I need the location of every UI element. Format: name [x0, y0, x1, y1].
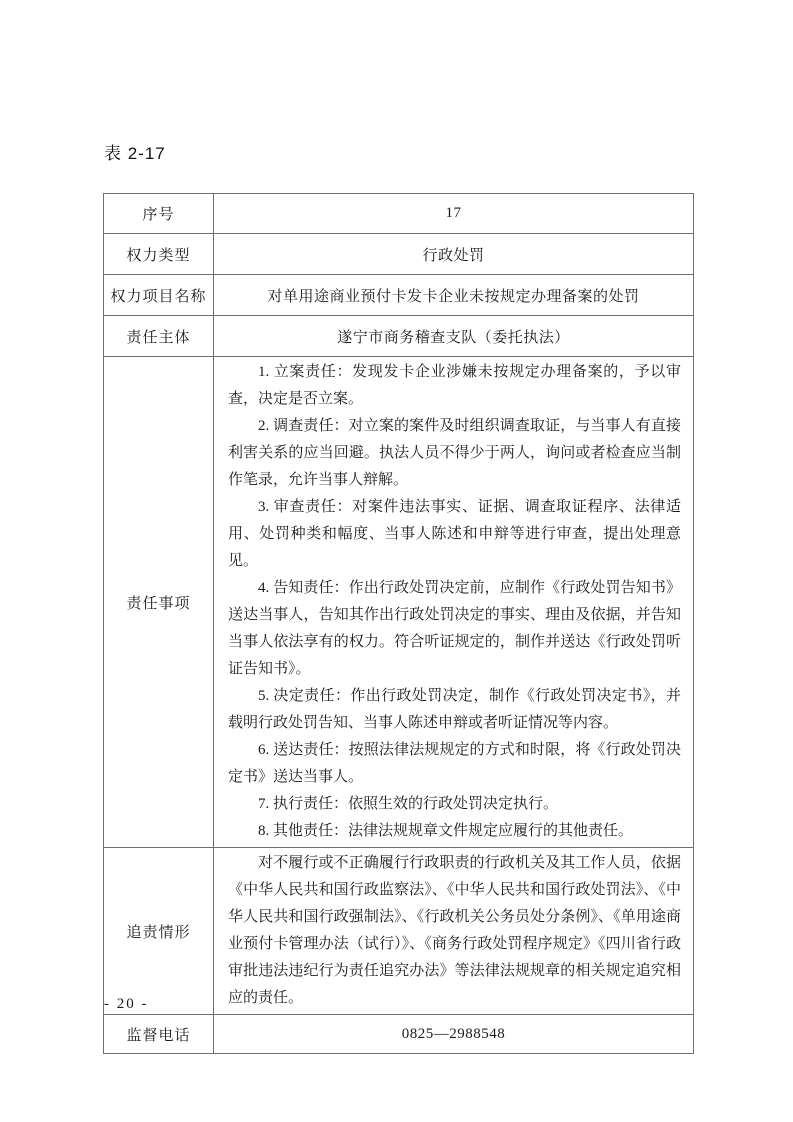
- table-row: 监督电话 0825—2988548: [104, 1015, 694, 1054]
- responsibility-item-2: 2. 调查责任：对立案的案件及时组织调查取证，与当事人有直接利害关系的应当回避。…: [228, 413, 681, 494]
- responsibility-item-6: 6. 送达责任：按照法律法规规定的方式和时限，将《行政处罚决定书》送达当事人。: [228, 737, 681, 791]
- table-row: 责任主体 遂宁市商务稽查支队（委托执法）: [104, 316, 694, 357]
- table-row: 追责情形 对不履行或不正确履行行政职责的行政机关及其工作人员，依据《中华人民共和…: [104, 848, 694, 1015]
- row-value-power-type: 行政处罚: [214, 234, 694, 275]
- responsibility-item-5: 5. 决定责任：作出行政处罚决定，制作《行政处罚决定书》，并载明行政处罚告知、当…: [228, 683, 681, 737]
- authority-item-table: 序号 17 权力类型 行政处罚 权力项目名称 对单用途商业预付卡发卡企业未按规定…: [103, 193, 694, 1054]
- responsibility-item-4: 4. 告知责任：作出行政处罚决定前，应制作《行政处罚告知书》送达当事人，告知其作…: [228, 575, 681, 683]
- responsibility-item-8: 8. 其他责任：法律法规规章文件规定应履行的其他责任。: [228, 818, 681, 845]
- row-value-responsibility-items: 1. 立案责任：发现发卡企业涉嫌未按规定办理备案的，予以审查，决定是否立案。 2…: [214, 357, 694, 848]
- row-label-responsibility-items: 责任事项: [104, 357, 214, 848]
- row-label-serial-number: 序号: [104, 194, 214, 234]
- responsibility-item-3: 3. 审查责任：对案件违法事实、证据、调查取证程序、法律适用、处罚种类和幅度、当…: [228, 494, 681, 575]
- row-value-responsible-body: 遂宁市商务稽查支队（委托执法）: [214, 316, 694, 357]
- row-label-supervision-phone: 监督电话: [104, 1015, 214, 1054]
- table-row: 责任事项 1. 立案责任：发现发卡企业涉嫌未按规定办理备案的，予以审查，决定是否…: [104, 357, 694, 848]
- row-value-project-name: 对单用途商业预付卡发卡企业未按规定办理备案的处罚: [214, 275, 694, 316]
- row-label-project-name: 权力项目名称: [104, 275, 214, 316]
- row-label-accountability-circumstances: 追责情形: [104, 848, 214, 1015]
- row-label-power-type: 权力类型: [104, 234, 214, 275]
- page-number: - 20 -: [104, 996, 149, 1013]
- table-row: 权力类型 行政处罚: [104, 234, 694, 275]
- responsibility-item-1: 1. 立案责任：发现发卡企业涉嫌未按规定办理备案的，予以审查，决定是否立案。: [228, 359, 681, 413]
- row-value-serial-number: 17: [214, 194, 694, 234]
- row-value-supervision-phone: 0825—2988548: [214, 1015, 694, 1054]
- accountability-paragraph: 对不履行或不正确履行行政职责的行政机关及其工作人员，依据《中华人民共和国行政监察…: [228, 850, 681, 1012]
- table-caption: 表 2-17: [104, 139, 166, 164]
- table-row: 序号 17: [104, 194, 694, 234]
- row-value-accountability-circumstances: 对不履行或不正确履行行政职责的行政机关及其工作人员，依据《中华人民共和国行政监察…: [214, 848, 694, 1015]
- table-row: 权力项目名称 对单用途商业预付卡发卡企业未按规定办理备案的处罚: [104, 275, 694, 316]
- responsibility-item-7: 7. 执行责任：依照生效的行政处罚决定执行。: [228, 791, 681, 818]
- row-label-responsible-body: 责任主体: [104, 316, 214, 357]
